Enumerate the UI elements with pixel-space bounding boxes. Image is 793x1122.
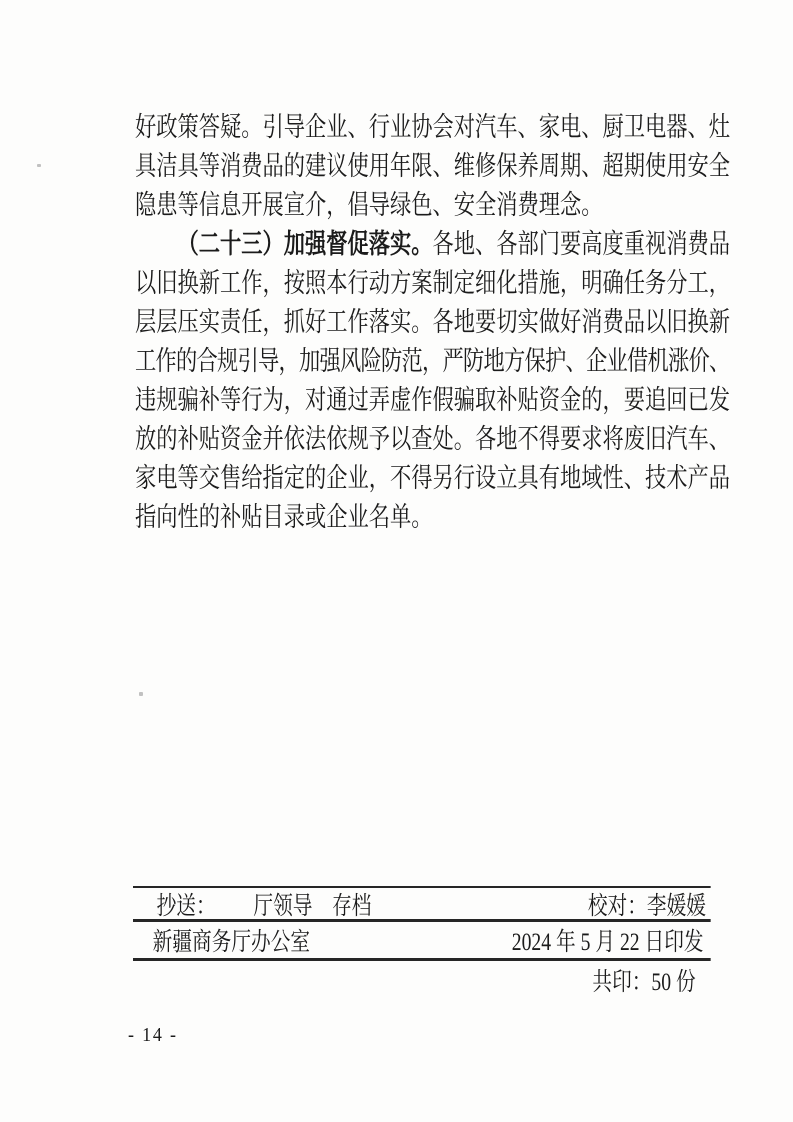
footer-row-issuer: 新疆商务厅办公室 2024 年 5 月 22 日印发	[133, 922, 711, 958]
body-line: 层层压实责任，抓好工作落实。各地要切实做好消费品以旧换新	[135, 303, 757, 342]
body-line: 指向性的补贴目录或企业名单。	[135, 498, 757, 537]
body-line-text: 放的补贴资金并依法依规予以查处。各地不得要求将废旧汽车、	[135, 424, 730, 454]
scan-speck	[37, 164, 41, 167]
body-line: 工作的合规引导，加强风险防范，严防地方保护、企业借机涨价、	[135, 342, 757, 381]
scan-speck	[139, 692, 143, 696]
body-line: 违规骗补等行为，对通过弄虚作假骗取补贴资金的，要追回已发	[135, 381, 757, 420]
body-line-text: 以旧换新工作，按照本行动方案制定细化措施，明确任务分工，	[135, 268, 730, 298]
copy-to-label: 抄送：	[157, 893, 216, 920]
copy-to-value: 厅领导 存档	[253, 893, 371, 920]
body-line: 好政策答疑。引导企业、行业协会对汽车、家电、厨卫电器、灶	[135, 108, 757, 147]
body-line: 以旧换新工作，按照本行动方案制定细化措施，明确任务分工，	[135, 264, 757, 303]
document-page: 好政策答疑。引导企业、行业协会对汽车、家电、厨卫电器、灶具洁具等消费品的建议使用…	[0, 0, 793, 1122]
body-text: 好政策答疑。引导企业、行业协会对汽车、家电、厨卫电器、灶具洁具等消费品的建议使用…	[135, 108, 757, 537]
proofreader: 校对：李媛媛	[588, 886, 706, 922]
copy-to: 抄送：厅领导 存档	[157, 886, 372, 922]
print-date: 2024 年 5 月 22 日印发	[512, 922, 704, 958]
page-number: - 14 -	[128, 1024, 178, 1047]
body-line-text: 层层压实责任，抓好工作落实。各地要切实做好消费品以旧换新	[135, 307, 730, 337]
issuing-office: 新疆商务厅办公室	[153, 922, 310, 958]
body-line-text: 指向性的补贴目录或企业名单。	[135, 502, 432, 532]
footer-table: 抄送：厅领导 存档 校对：李媛媛 新疆商务厅办公室 2024 年 5 月 22 …	[133, 886, 711, 998]
body-line: 隐患等信息开展宣介，倡导绿色、安全消费理念。	[135, 186, 757, 225]
body-line-text: 违规骗补等行为，对通过弄虚作假骗取补贴资金的，要追回已发	[135, 385, 730, 415]
print-copies: 共印：50 份	[592, 962, 695, 998]
section-heading: （二十三）加强督促落实。	[177, 229, 432, 259]
body-line: 具洁具等消费品的建议使用年限、维修保养周期、超期使用安全	[135, 147, 757, 186]
body-line-text: 工作的合规引导，加强风险防范，严防地方保护、企业借机涨价、	[135, 346, 730, 376]
footer-row-copies: 共印：50 份	[133, 961, 711, 998]
footer-row-copy: 抄送：厅领导 存档 校对：李媛媛	[133, 888, 711, 919]
body-line-text: 好政策答疑。引导企业、行业协会对汽车、家电、厨卫电器、灶	[135, 112, 730, 142]
body-line: （二十三）加强督促落实。各地、各部门要高度重视消费品	[135, 225, 757, 264]
body-line: 放的补贴资金并依法依规予以查处。各地不得要求将废旧汽车、	[135, 420, 757, 459]
body-line: 家电等交售给指定的企业，不得另行设立具有地域性、技术产品	[135, 459, 757, 498]
body-line-text: 隐患等信息开展宣介，倡导绿色、安全消费理念。	[135, 190, 602, 220]
body-line-text: 家电等交售给指定的企业，不得另行设立具有地域性、技术产品	[135, 463, 730, 493]
body-line-text: 具洁具等消费品的建议使用年限、维修保养周期、超期使用安全	[135, 151, 730, 181]
body-line-text: 各地、各部门要高度重视消费品	[432, 229, 729, 259]
